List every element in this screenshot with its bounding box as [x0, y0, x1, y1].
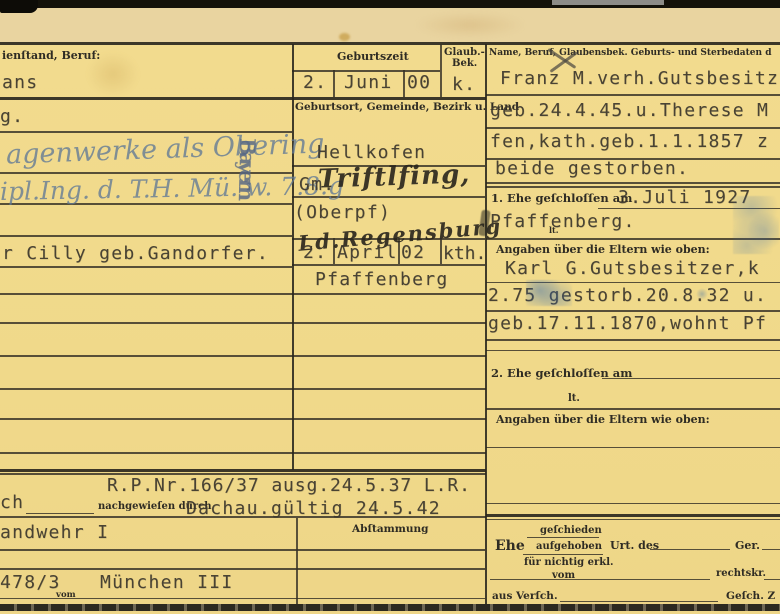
birth-month: Juni [344, 74, 393, 92]
father-entry: Franz M.verh.Gutsbesitz [500, 70, 779, 88]
birth-day: 2. [303, 74, 327, 92]
ruled-line [486, 519, 780, 520]
column-divider [296, 518, 298, 604]
ruled-line [486, 447, 780, 448]
marriage2-label: 2. Ehe geſchloſſen am [491, 368, 632, 380]
ruled-line [486, 408, 780, 410]
military-entry-fragment: ch [0, 494, 24, 512]
scan-corner-shadow [0, 0, 38, 13]
blue-ink-speck [695, 288, 709, 300]
marriage2-lt-label: lt. [568, 394, 580, 404]
descent-header: Abſtammung [352, 524, 429, 535]
marriage1-parents-label: Angaben über die Eltern wie oben: [496, 244, 710, 255]
versch-label: aus Verſch. [492, 591, 558, 602]
registry-office: München III [100, 574, 234, 592]
ruled-line [486, 94, 780, 96]
divorce-rechtskr-label: rechtskr. [716, 569, 766, 579]
cell-divider [403, 70, 405, 97]
divorce-gericht-label: Ger. [735, 540, 760, 551]
ruled-line [292, 264, 485, 266]
column-divider [485, 44, 487, 604]
ruled-line [0, 355, 486, 357]
blue-ink-smudge [733, 196, 779, 254]
marriage1-parents-line3: geb.17.11.1870,wohnt Pf [488, 315, 767, 333]
faith-header-line1: Glaub.- [444, 48, 485, 58]
birth-place-line1: Hellkofen [317, 144, 426, 162]
ruled-line [0, 266, 292, 268]
marriage1-date: 3.Juli 1927 [618, 189, 752, 207]
scan-edge-gray [552, 0, 664, 5]
proof-entry-line2: Dachau.gültig 24.5.42 [186, 500, 441, 518]
parents-status: beide gestorben. [495, 160, 689, 178]
proof-entry-line1: R.P.Nr.166/37 ausg.24.5.37 L.R. [107, 477, 471, 495]
fill-line [764, 579, 780, 580]
ruled-line [0, 42, 780, 45]
cell-divider [333, 70, 335, 97]
marriage1-place: Pfaffenberg. [490, 213, 636, 231]
ruled-line [486, 127, 780, 129]
handwritten-place-correction: Triftlfing, [318, 161, 471, 192]
ruled-line [0, 97, 486, 100]
divorce-option-geschieden: geſchieden [540, 526, 602, 536]
ruled-line [486, 182, 780, 184]
divorce-urteil-label: Urt. des [610, 540, 659, 551]
ruled-line [486, 503, 780, 504]
ruled-line [486, 350, 780, 351]
parents-entry-cont: fen,kath.geb.1.1.1857 z [490, 133, 769, 151]
divorce-ehe-label: Ehe [495, 539, 525, 553]
registration-card-scan: ienſtand, Beruf: ans g. agenwerke als Ob… [0, 0, 780, 614]
military-entry: andwehr I [0, 524, 109, 542]
fill-line [26, 513, 94, 514]
card-bottom-edge [0, 604, 780, 611]
fill-line [762, 549, 780, 550]
faith-header-line2: Bek. [452, 59, 477, 69]
birth2-faith: kth. [443, 245, 486, 263]
blue-ink-smudge [526, 280, 572, 306]
birth-place-header: Geburtsort, Gemeinde, Bezirk u. Land [295, 102, 519, 113]
birth2-place: Pfaffenberg [315, 271, 449, 289]
birth2-month: April [337, 244, 398, 262]
marriage2-parents-label: Angaben über die Eltern wie oben: [496, 414, 710, 425]
fill-line [650, 549, 730, 550]
mother-entry: geb.24.4.45.u.Therese M [490, 102, 769, 120]
ruled-line [0, 388, 486, 390]
card-top-edge [0, 8, 780, 42]
vom-label: vom [56, 591, 76, 600]
ruled-line [486, 339, 780, 341]
column-divider [292, 44, 294, 470]
fill-line [560, 601, 718, 602]
ruled-line [486, 514, 780, 517]
birth-place-line2: (Oberpf) [294, 204, 391, 222]
divorce-vom-label: vom [552, 571, 575, 581]
ruled-line [0, 568, 485, 570]
cell-divider [440, 44, 442, 97]
birth-year: 00 [407, 74, 431, 92]
spouse-entry: r Cilly geb.Gandorfer. [2, 245, 269, 263]
handwritten-note-line2: ipl.Ing. d. T.H. Mü. w. 7.8.g [0, 173, 344, 204]
birth-time-header: Geburtszeit [337, 51, 409, 62]
birth-faith: k. [452, 76, 476, 94]
birth2-day: 2. [303, 244, 327, 262]
entry-fragment: g. [0, 108, 24, 126]
marriage1-parents-line1: Karl G.Gutsbesitzer,k [505, 260, 760, 278]
ruled-line [0, 469, 486, 472]
bayern-stamp: Bayern [233, 138, 261, 243]
parents-header: Name, Beruf, Glaubensbek. Geburts- und S… [489, 49, 771, 58]
divorce-option-nichtig: für nichtig erkl. [524, 558, 613, 568]
marriage1-label: 1. Ehe geſchloſſen am [491, 193, 632, 205]
ruled-line [486, 310, 780, 312]
ruled-line [0, 549, 485, 551]
fill-line [527, 537, 599, 538]
marriage1-lt-label: lt. [549, 226, 559, 234]
divorce-option-aufgehoben: aufgehoben [536, 542, 602, 552]
name-entry-fragment: ans [2, 74, 38, 92]
ruled-line [0, 322, 486, 324]
ruled-line [0, 452, 486, 454]
ruled-line [0, 293, 486, 295]
birth2-year: 02 [401, 244, 425, 262]
ruled-line [0, 418, 486, 420]
fill-line [523, 554, 603, 555]
gesch-label: Geſch. Z [726, 591, 775, 602]
registry-number: 478/3 [0, 574, 61, 592]
left-column-header: ienſtand, Beruf: [2, 50, 100, 61]
fill-line [490, 579, 710, 580]
